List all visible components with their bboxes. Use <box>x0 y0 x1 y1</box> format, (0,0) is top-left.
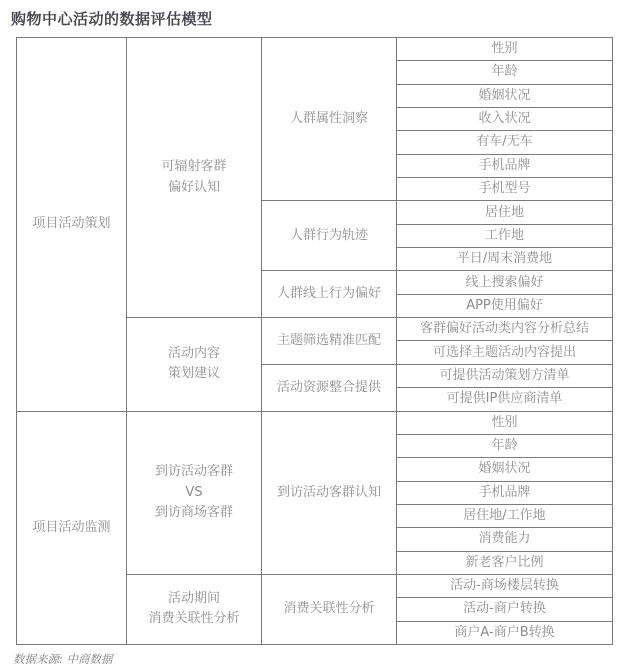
item-cell: APP使用偏好 <box>397 294 613 317</box>
subgroup-cell: 人群行为轨迹 <box>262 201 397 271</box>
item-cell: 手机型号 <box>397 178 613 201</box>
page-title: 购物中心活动的数据评估模型 <box>11 8 213 29</box>
table-row: 项目活动策划 可辐射客群 偏好认知 人群属性洞察 性别 <box>17 38 613 61</box>
item-cell: 婚姻状况 <box>397 458 613 481</box>
group-cell: 到访活动客群 VS 到访商场客群 <box>127 411 262 574</box>
item-cell: 可提供IP供应商清单 <box>397 388 613 411</box>
item-cell: 线上搜索偏好 <box>397 271 613 294</box>
data-source: 数据来源: 中商数据 <box>13 651 113 667</box>
section-cell: 项目活动监测 <box>17 411 127 645</box>
item-cell: 平日/周末消费地 <box>397 248 613 271</box>
group-cell: 活动期间 消费关联性分析 <box>127 574 262 644</box>
item-cell: 居住地/工作地 <box>397 504 613 527</box>
item-cell: 年龄 <box>397 61 613 84</box>
subgroup-cell: 人群属性洞察 <box>262 38 397 201</box>
figure-page: 购物中心活动的数据评估模型 项目活动策划 可辐射客群 偏好认知 人群属性洞察 性… <box>0 0 627 672</box>
subgroup-cell: 人群线上行为偏好 <box>262 271 397 318</box>
item-cell: 商户A-商户B转换 <box>397 621 613 644</box>
subgroup-cell: 到访活动客群认知 <box>262 411 397 574</box>
item-cell: 手机品牌 <box>397 481 613 504</box>
evaluation-model-table: 项目活动策划 可辐射客群 偏好认知 人群属性洞察 性别 年龄 婚姻状况 收入状况… <box>16 37 613 645</box>
item-cell: 可提供活动策划方清单 <box>397 364 613 387</box>
subgroup-cell: 消费关联性分析 <box>262 574 397 644</box>
item-cell: 居住地 <box>397 201 613 224</box>
item-cell: 性别 <box>397 411 613 434</box>
item-cell: 工作地 <box>397 224 613 247</box>
item-cell: 婚姻状况 <box>397 84 613 107</box>
item-cell: 手机品牌 <box>397 154 613 177</box>
item-cell: 活动-商场楼层转换 <box>397 574 613 597</box>
item-cell: 新老客户比例 <box>397 551 613 574</box>
section-cell: 项目活动策划 <box>17 38 127 412</box>
group-cell: 活动内容 策划建议 <box>127 318 262 411</box>
item-cell: 年龄 <box>397 434 613 457</box>
group-cell: 可辐射客群 偏好认知 <box>127 38 262 318</box>
item-cell: 活动-商户转换 <box>397 598 613 621</box>
item-cell: 消费能力 <box>397 528 613 551</box>
item-cell: 客群偏好活动类内容分析总结 <box>397 318 613 341</box>
item-cell: 可选择主题活动内容提出 <box>397 341 613 364</box>
item-cell: 收入状况 <box>397 108 613 131</box>
subgroup-cell: 活动资源整合提供 <box>262 364 397 411</box>
item-cell: 性别 <box>397 38 613 61</box>
table-row: 项目活动监测 到访活动客群 VS 到访商场客群 到访活动客群认知 性别 <box>17 411 613 434</box>
item-cell: 有车/无车 <box>397 131 613 154</box>
subgroup-cell: 主题筛选精准匹配 <box>262 318 397 365</box>
